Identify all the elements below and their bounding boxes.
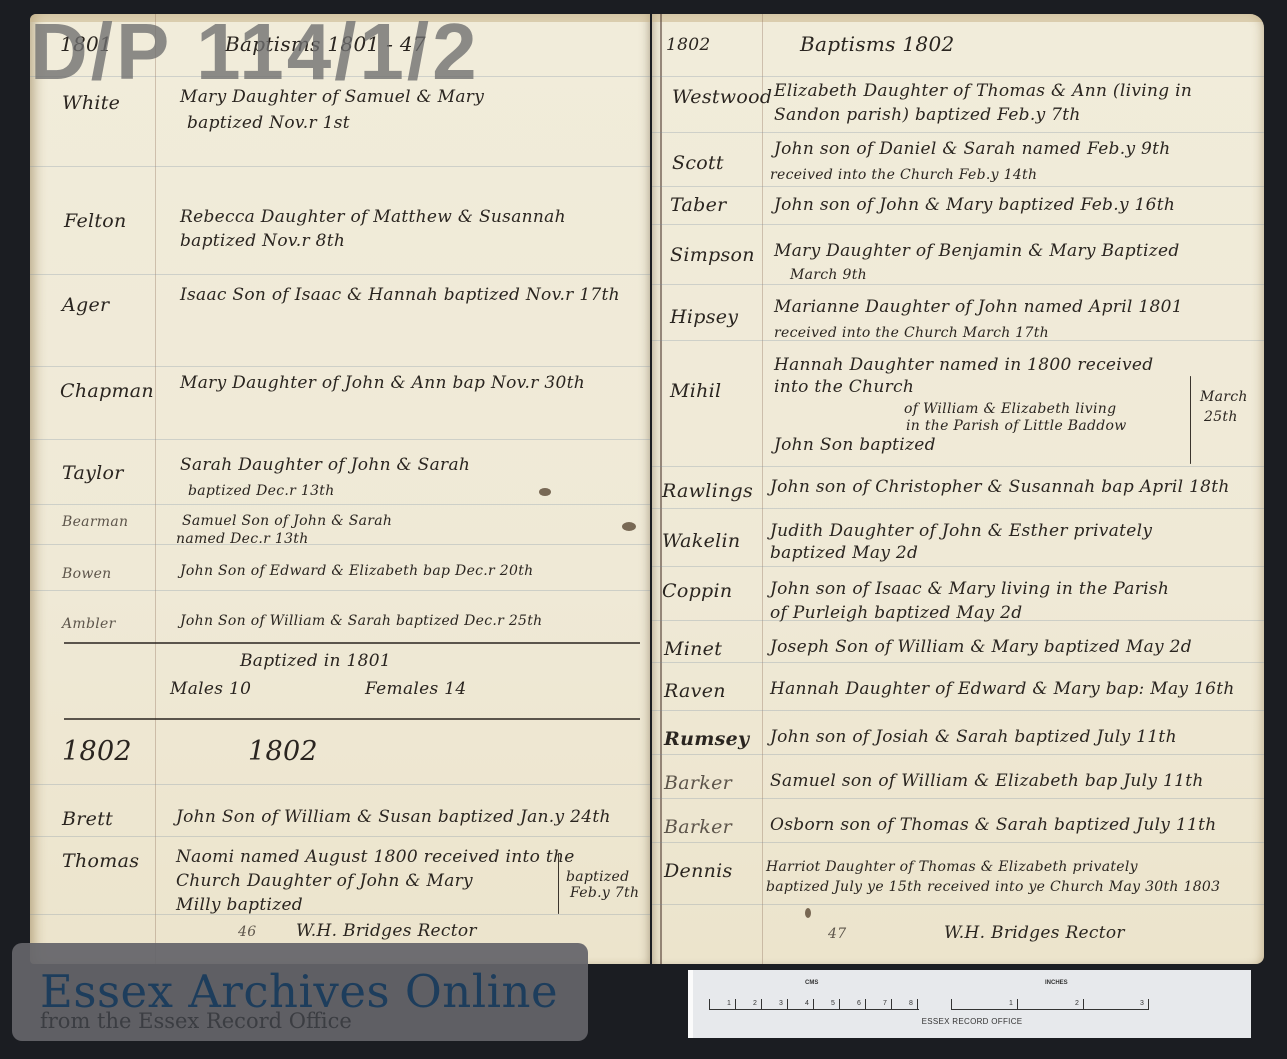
entry-line: John Son of William & Susan baptized Jan… bbox=[176, 806, 611, 829]
surname: Scott bbox=[672, 152, 724, 174]
summary-females: Females 14 bbox=[365, 678, 466, 701]
entry-line: baptized July ye 15th received into ye C… bbox=[766, 876, 1220, 899]
entry-line: Sarah Daughter of John & Sarah bbox=[180, 454, 470, 477]
entry-line: John Son of William & Sarah baptized Dec… bbox=[180, 610, 543, 633]
page-number: 46 bbox=[238, 924, 256, 940]
surname: Rumsey bbox=[664, 728, 749, 750]
surname: Barker bbox=[664, 816, 732, 838]
surname: Bowen bbox=[62, 566, 112, 582]
entry-line: John son of Christopher & Susannah bap A… bbox=[770, 476, 1230, 499]
entry-line: John Son of Edward & Elizabeth bap Dec.r… bbox=[180, 560, 533, 583]
measurement-scale-bar: CMS 1 2 3 4 5 6 7 8 INCHES 1 2 3 ESSEX R… bbox=[688, 970, 1251, 1038]
margin-line bbox=[762, 14, 763, 964]
right-page: 1802 Baptisms 1802 Westwood Elizabeth Da… bbox=[652, 14, 1264, 964]
entry-line: of Purleigh baptized May 2d bbox=[770, 602, 1022, 625]
entry-line: John son of Josiah & Sarah baptized July… bbox=[770, 726, 1177, 749]
header-title: Baptisms 1802 bbox=[800, 32, 955, 56]
surname: Mihil bbox=[670, 380, 721, 402]
entry-line: Joseph Son of William & Mary baptized Ma… bbox=[770, 636, 1192, 659]
entry-line: received into the Church March 17th bbox=[774, 322, 1049, 345]
margin-line bbox=[155, 14, 156, 964]
entry-line: Hannah Daughter named in 1800 received bbox=[774, 354, 1153, 377]
entry-line: March 9th bbox=[790, 264, 867, 287]
entry-line: Osborn son of Thomas & Sarah baptized Ju… bbox=[770, 814, 1217, 837]
entry-line: Elizabeth Daughter of Thomas & Ann (livi… bbox=[774, 80, 1192, 103]
surname: Chapman bbox=[60, 380, 154, 402]
entry-line: Mary Daughter of Benjamin & Mary Baptize… bbox=[774, 240, 1180, 263]
summary-males: Males 10 bbox=[170, 678, 251, 701]
summary-bottom-rule bbox=[64, 718, 640, 720]
entry-line: Milly baptized bbox=[176, 894, 303, 917]
entry-line: Hannah Daughter of Edward & Mary bap: Ma… bbox=[770, 678, 1235, 701]
logo-subtitle: from the Essex Record Office bbox=[40, 1009, 352, 1033]
cms-label: CMS bbox=[805, 980, 818, 986]
entry-line: John Son baptized bbox=[774, 434, 936, 457]
surname: Ambler bbox=[62, 616, 116, 632]
entry-line: received into the Church Feb.y 14th bbox=[770, 164, 1037, 187]
summary-title: Baptized in 1801 bbox=[240, 650, 391, 673]
section-year-margin: 1802 bbox=[62, 736, 132, 767]
summary-top-rule bbox=[64, 642, 640, 644]
surname: Brett bbox=[62, 808, 113, 830]
side-note: 25th bbox=[1204, 406, 1238, 429]
left-page: 1801 Baptisms 1801 - 47 White Mary Daugh… bbox=[30, 14, 650, 964]
entry-line: Rebecca Daughter of Matthew & Susannah bbox=[180, 206, 566, 229]
surname: Barker bbox=[664, 772, 732, 794]
register-book: 1801 Baptisms 1801 - 47 White Mary Daugh… bbox=[30, 14, 1265, 964]
surname: Minet bbox=[664, 638, 722, 660]
surname: Dennis bbox=[664, 860, 733, 882]
entry-line: named Dec.r 13th bbox=[176, 528, 309, 551]
surname: Wakelin bbox=[662, 530, 740, 552]
entry-line: John son of John & Mary baptized Feb.y 1… bbox=[774, 194, 1175, 217]
essex-archives-logo: Essex Archives Online from the Essex Rec… bbox=[12, 943, 588, 1041]
inches-label: INCHES bbox=[1045, 980, 1068, 986]
entry-line: into the Church bbox=[774, 376, 914, 399]
surname: Simpson bbox=[670, 244, 755, 266]
cms-ticks: 1 2 3 4 5 6 7 8 bbox=[709, 996, 919, 1010]
entry-line: Samuel son of William & Elizabeth bap Ju… bbox=[770, 770, 1204, 793]
entry-line: baptized Dec.r 13th bbox=[188, 480, 335, 503]
entry-line: baptized May 2d bbox=[770, 542, 918, 565]
surname: Taber bbox=[670, 194, 727, 216]
surname: Taylor bbox=[62, 462, 124, 484]
entry-line: baptized Nov.r 8th bbox=[180, 230, 345, 253]
rector-signature: W.H. Bridges Rector bbox=[296, 920, 477, 943]
surname: Coppin bbox=[662, 580, 732, 602]
side-note: Feb.y 7th bbox=[570, 882, 639, 905]
entry-line: Sandon parish) baptized Feb.y 7th bbox=[774, 104, 1081, 127]
entry-line: baptized Nov.r 1st bbox=[187, 112, 350, 135]
scale-owner-label: ESSEX RECORD OFFICE bbox=[693, 1017, 1251, 1026]
header-year: 1802 bbox=[666, 34, 710, 57]
surname: Raven bbox=[664, 680, 726, 702]
entry-line: Marianne Daughter of John named April 18… bbox=[774, 296, 1183, 319]
reference-watermark: D/P 114/1/2 bbox=[30, 12, 480, 92]
surname: Ager bbox=[62, 294, 109, 316]
entry-line: Isaac Son of Isaac & Hannah baptized Nov… bbox=[180, 284, 620, 307]
entry-line: Naomi named August 1800 received into th… bbox=[176, 846, 575, 869]
surname: Westwood bbox=[672, 86, 772, 108]
section-year-heading: 1802 bbox=[248, 736, 318, 767]
surname: Rawlings bbox=[662, 480, 753, 502]
surname: Bearman bbox=[62, 514, 128, 530]
surname: Felton bbox=[64, 210, 127, 232]
inch-ticks: 1 2 3 bbox=[951, 996, 1149, 1010]
surname: Thomas bbox=[62, 850, 139, 872]
entry-line: Judith Daughter of John & Esther private… bbox=[770, 520, 1152, 543]
entry-line: Church Daughter of John & Mary bbox=[176, 870, 473, 893]
entry-line: John son of Daniel & Sarah named Feb.y 9… bbox=[774, 138, 1171, 161]
surname: Hipsey bbox=[670, 306, 738, 328]
rector-signature: W.H. Bridges Rector bbox=[944, 922, 1125, 945]
page-number: 47 bbox=[828, 926, 846, 942]
entry-line: Mary Daughter of John & Ann bap Nov.r 30… bbox=[180, 372, 585, 395]
entry-line: John son of Isaac & Mary living in the P… bbox=[770, 578, 1169, 601]
page-top-edge bbox=[652, 14, 1264, 22]
entry-line: in the Parish of Little Baddow bbox=[906, 418, 1127, 434]
